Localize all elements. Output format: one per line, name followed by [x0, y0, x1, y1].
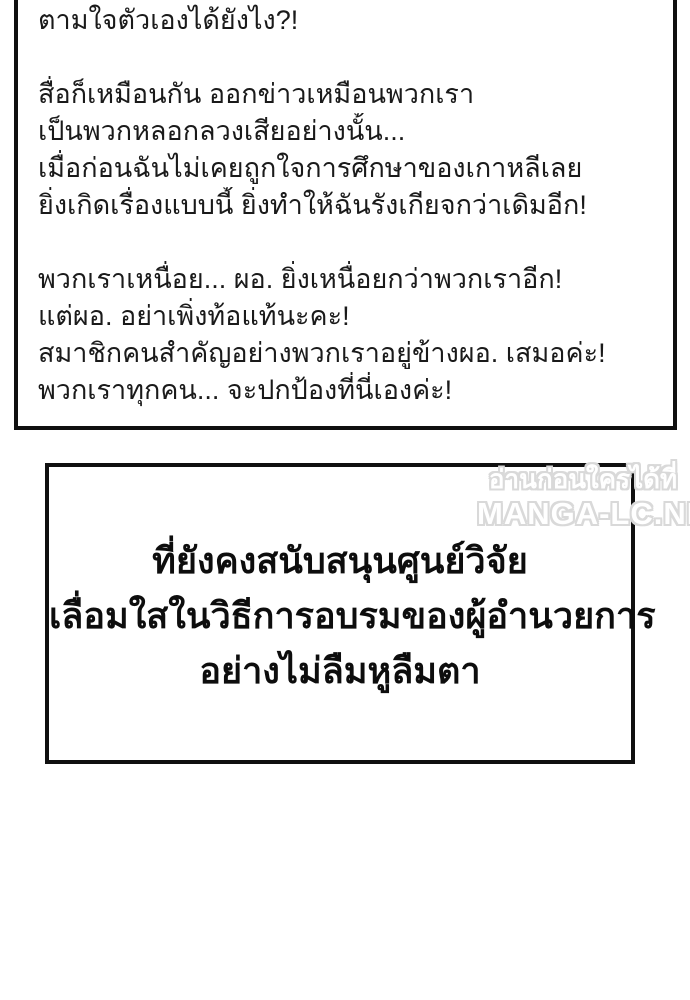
narration-line: เลื่อมใสในวิธีการอบรมของผู้อำนวยการ	[49, 588, 631, 643]
speech-line: สื่อก็เหมือนกัน ออกข่าวเหมือนพวกเรา	[38, 76, 655, 113]
speech-line: ตามใจตัวเองได้ยังไง?!	[38, 2, 655, 39]
narration-text-panel: ที่ยังคงสนับสนุนศูนย์วิจัย เลื่อมใสในวิธ…	[45, 463, 635, 764]
speech-line: พวกเราทุกคน... จะปกป้องที่นี่เองค่ะ!	[38, 372, 655, 409]
speech-line: เป็นพวกหลอกลวงเสียอย่างนั้น...	[38, 113, 655, 150]
narration-line: อย่างไม่ลืมหูลืมตา	[49, 643, 631, 698]
speech-line: พวกเราเหนื่อย... ผอ. ยิ่งเหนื่อยกว่าพวกเ…	[38, 261, 655, 298]
speech-line: เมื่อก่อนฉันไม่เคยถูกใจการศึกษาของเกาหลี…	[38, 150, 655, 187]
comic-page: ตามใจตัวเองได้ยังไง?! สื่อก็เหมือนกัน ออ…	[0, 0, 690, 1000]
speech-line: สมาชิกคนสำคัญอย่างพวกเราอยู่ข้างผอ. เสมอ…	[38, 335, 655, 372]
speech-line: แต่ผอ. อย่าเพิ่งท้อแท้นะคะ!	[38, 298, 655, 335]
speech-line: ยิ่งเกิดเรื่องแบบนี้ ยิ่งทำให้ฉันรังเกีย…	[38, 187, 655, 224]
speech-text-panel: ตามใจตัวเองได้ยังไง?! สื่อก็เหมือนกัน ออ…	[14, 0, 677, 430]
speech-line-blank	[38, 39, 655, 76]
speech-line-blank	[38, 224, 655, 261]
narration-line: ที่ยังคงสนับสนุนศูนย์วิจัย	[49, 533, 631, 588]
